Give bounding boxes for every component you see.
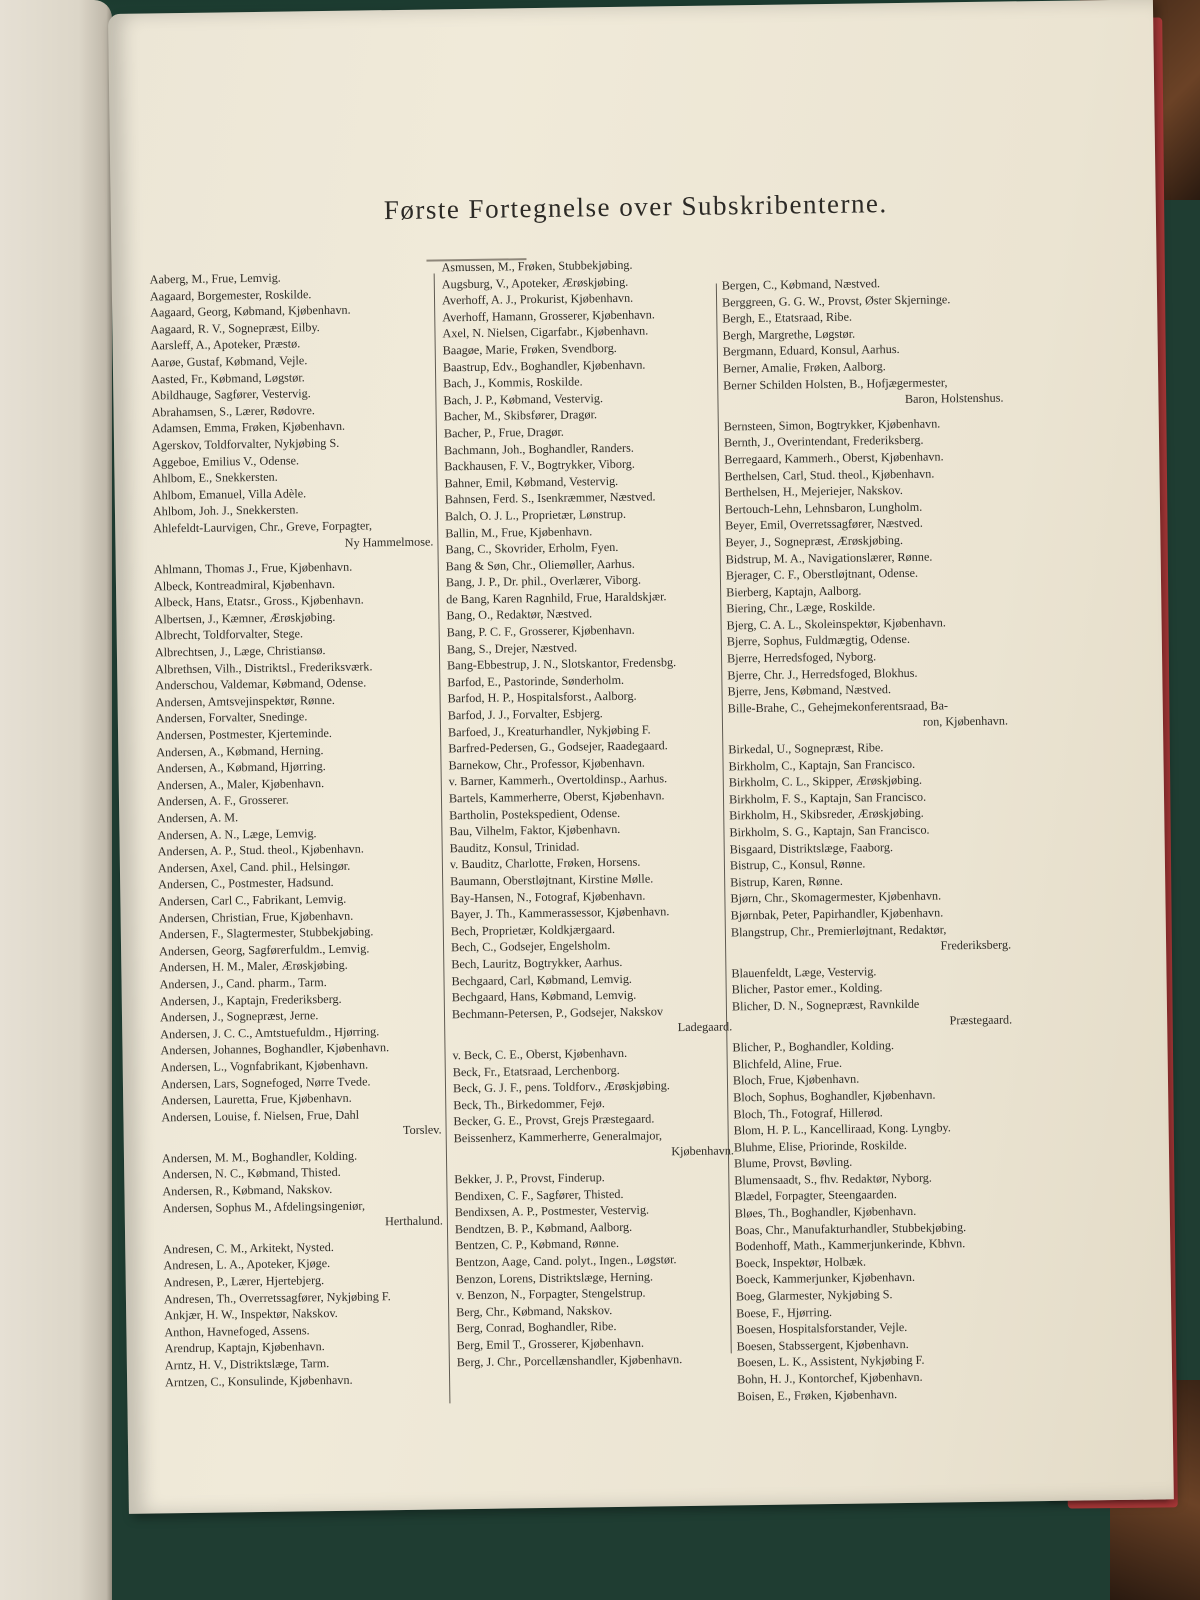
page-title: Første Fortegnelse over Subskribenterne. xyxy=(276,187,996,228)
subscriber-entry: Boisen, E., Frøken, Kjøbenhavn. xyxy=(737,1384,1027,1405)
subscriber-column-1: Aaberg, M., Frue, Lemvig.Aagaard, Borgem… xyxy=(150,267,456,1390)
subscriber-entry-continuation: ron, Kjøbenhavn. xyxy=(728,713,1018,734)
subscriber-entry: Berg, J. Chr., Porcellænshandler, Kjøben… xyxy=(457,1350,747,1371)
subscriber-entry-continuation: Kjøbenhavn. xyxy=(454,1143,744,1164)
right-page: Første Fortegnelse over Subskribenterne.… xyxy=(108,0,1174,1514)
subscriber-column-2: Asmussen, M., Frøken, Stubbekjøbing.Augs… xyxy=(441,255,746,1370)
left-page xyxy=(0,0,112,1600)
subscriber-column-3: Bergen, C., Købmand, Næstved.Berggreen, … xyxy=(722,273,1028,1404)
subscriber-entry: Arntzen, C., Konsulinde, Kjøbenhavn. xyxy=(165,1370,455,1391)
